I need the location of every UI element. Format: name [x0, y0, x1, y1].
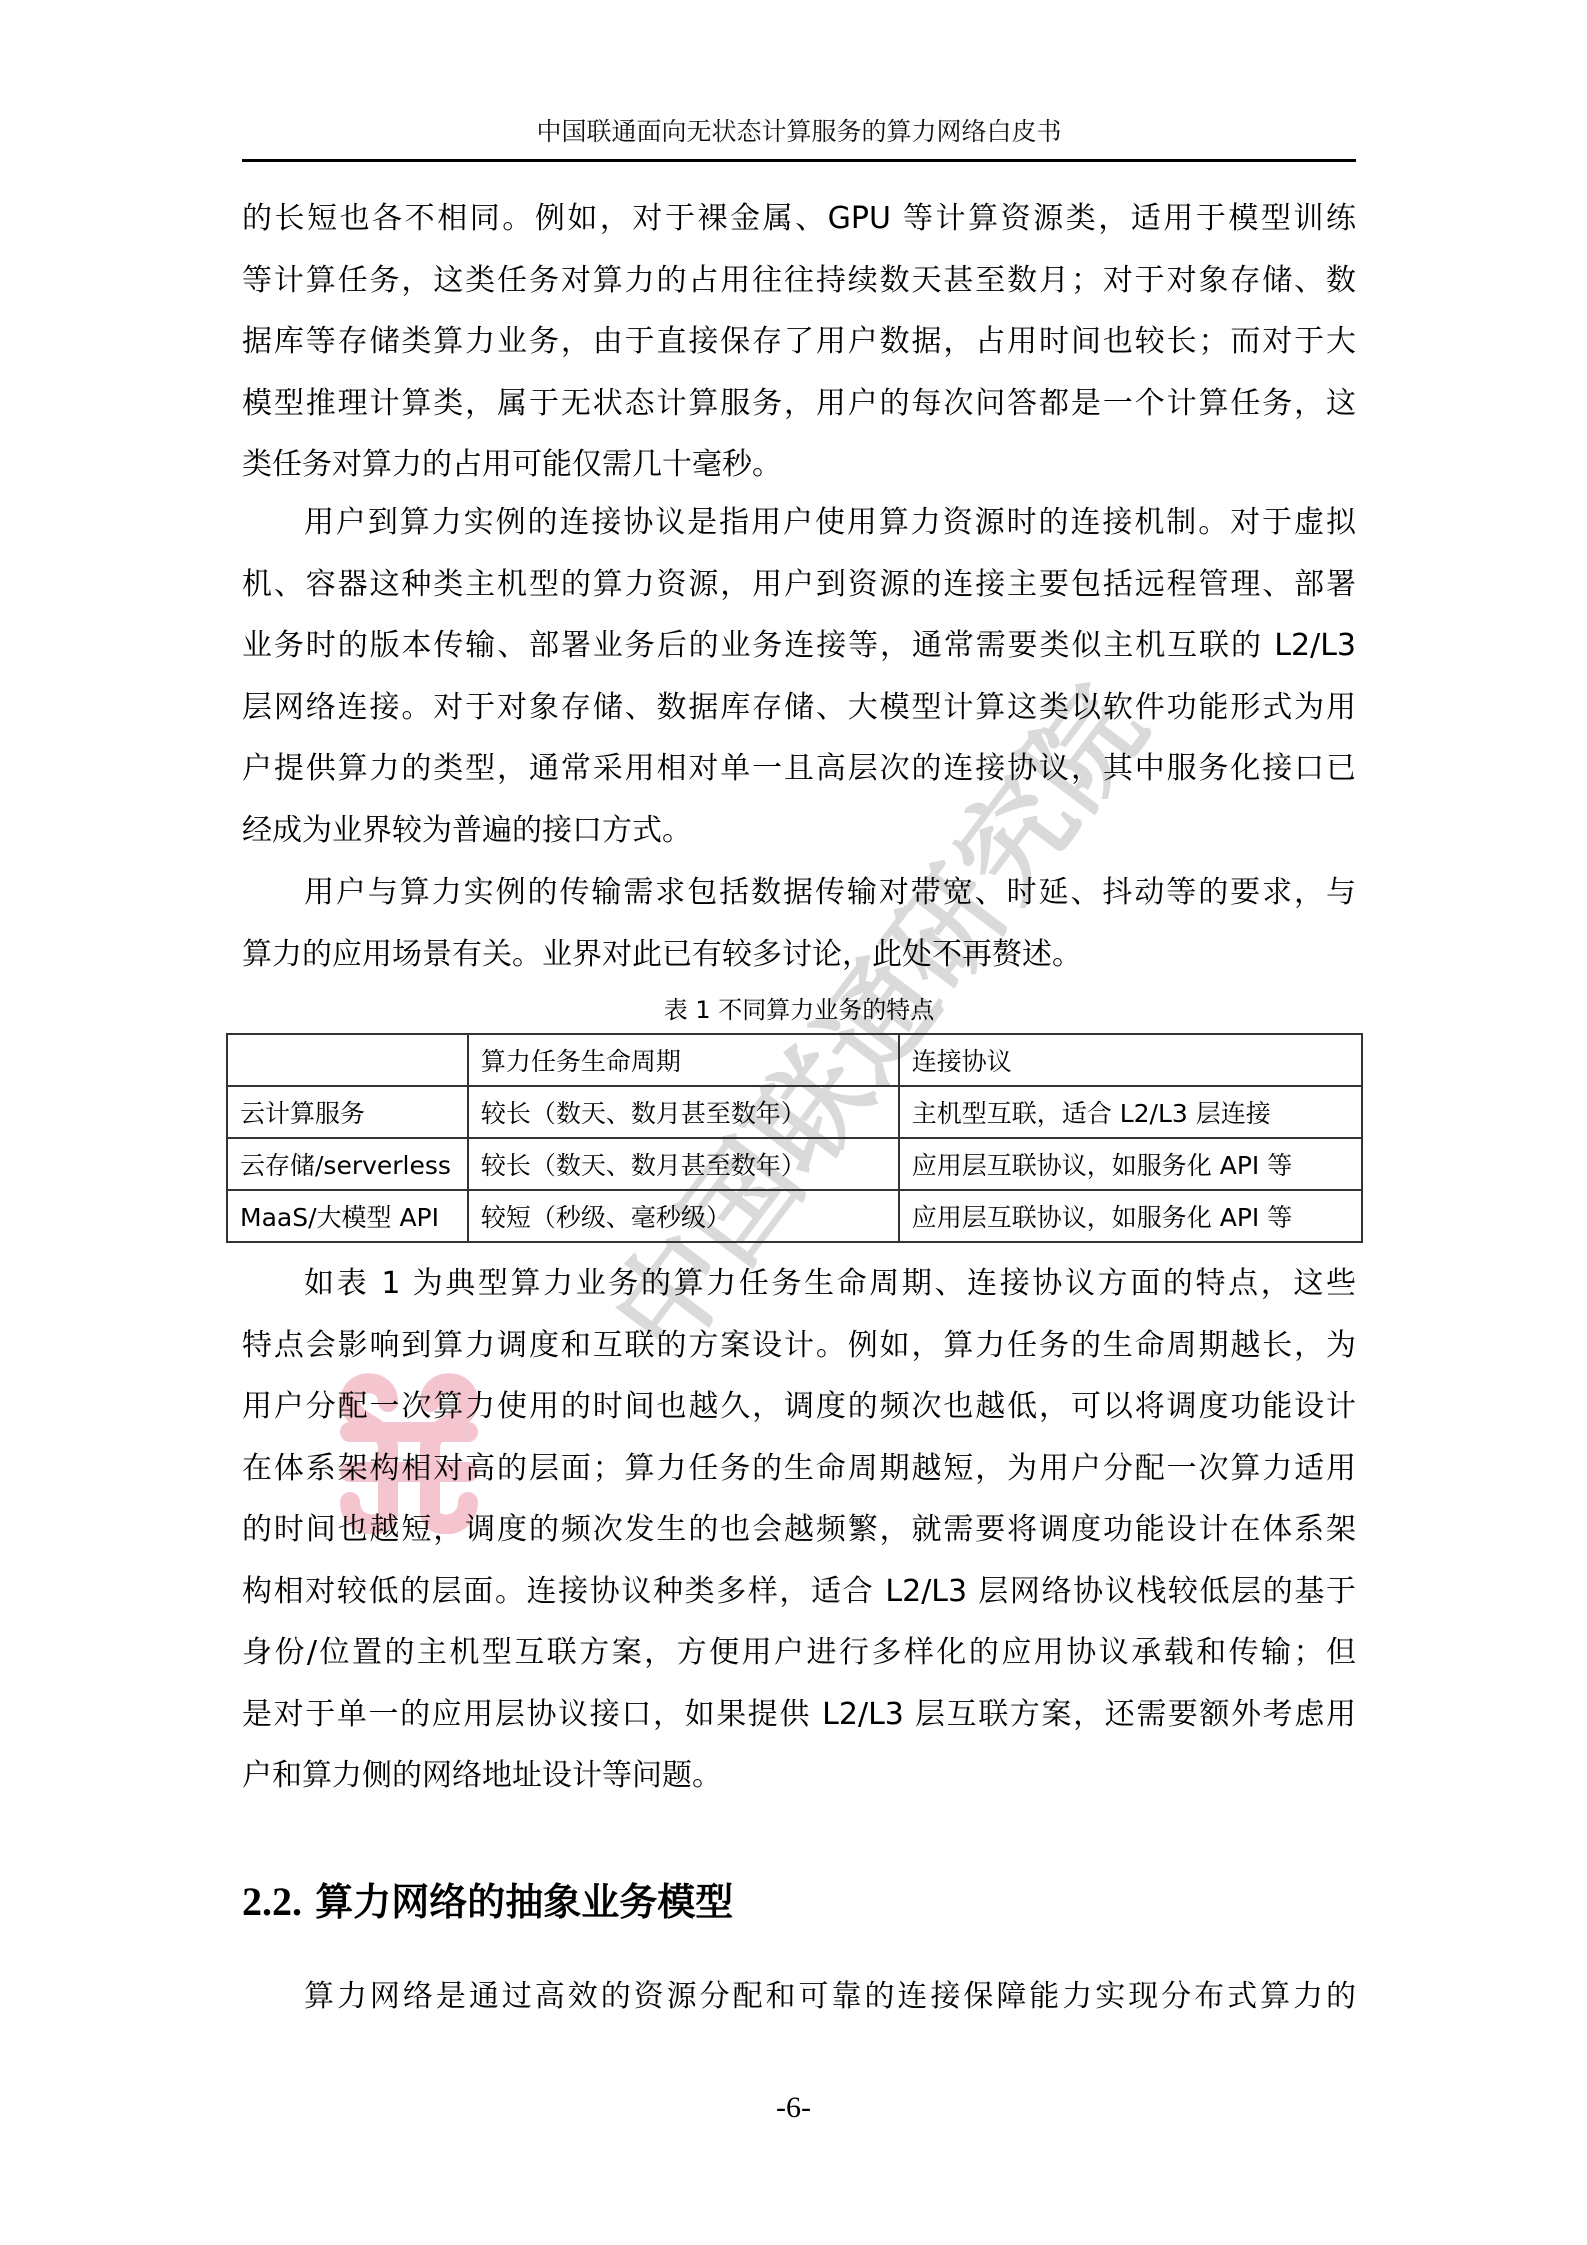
table-header-cell: 连接协议 — [899, 1034, 1362, 1086]
text-line: 户和算力侧的网络地址设计等问题。 — [242, 1745, 1356, 1807]
text-line: 如表 1 为典型算力业务的算力任务生命周期、连接协议方面的特点，这些 — [242, 1253, 1356, 1315]
paragraph-2: 用户到算力实例的连接协议是指用户使用算力资源时的连接机制。对于虚拟 机、容器这种… — [242, 492, 1356, 861]
table-cell: 较长（数天、数月甚至数年） — [468, 1086, 899, 1138]
text-line: 类任务对算力的占用可能仅需几十毫秒。 — [242, 434, 1356, 496]
section-heading: 2.2. 算力网络的抽象业务模型 — [242, 1876, 733, 1928]
text-line: 的长短也各不相同。例如，对于裸金属、GPU 等计算资源类，适用于模型训练 — [242, 188, 1356, 250]
text-line: 模型推理计算类，属于无状态计算服务，用户的每次问答都是一个计算任务，这 — [242, 373, 1356, 435]
section-title: 算力网络的抽象业务模型 — [315, 1880, 733, 1924]
page-number: -6- — [0, 2088, 1587, 2128]
text-line: 在体系架构相对高的层面；算力任务的生命周期越短，为用户分配一次算力适用 — [242, 1438, 1356, 1500]
text-line: 层网络连接。对于对象存储、数据库存储、大模型计算这类以软件功能形式为用 — [242, 677, 1356, 739]
text-line: 算力网络是通过高效的资源分配和可靠的连接保障能力实现分布式算力的 — [242, 1966, 1356, 2028]
paragraph-5: 算力网络是通过高效的资源分配和可靠的连接保障能力实现分布式算力的 — [242, 1966, 1356, 2028]
text-line: 业务时的版本传输、部署业务后的业务连接等，通常需要类似主机互联的 L2/L3 — [242, 615, 1356, 677]
text-line: 特点会影响到算力调度和互联的方案设计。例如，算力任务的生命周期越长，为 — [242, 1315, 1356, 1377]
characteristics-table: 算力任务生命周期 连接协议 云计算服务 较长（数天、数月甚至数年） 主机型互联，… — [226, 1033, 1363, 1243]
table-cell: 云存储/serverless — [227, 1138, 468, 1190]
table-cell: 应用层互联协议，如服务化 API 等 — [899, 1138, 1362, 1190]
paragraph-1: 的长短也各不相同。例如，对于裸金属、GPU 等计算资源类，适用于模型训练 等计算… — [242, 188, 1356, 496]
text-line: 用户分配一次算力使用的时间也越久，调度的频次也越低，可以将调度功能设计 — [242, 1376, 1356, 1438]
text-line: 用户与算力实例的传输需求包括数据传输对带宽、时延、抖动等的要求，与 — [242, 862, 1356, 924]
text-line: 据库等存储类算力业务，由于直接保存了用户数据，占用时间也较长；而对于大 — [242, 311, 1356, 373]
section-number: 2.2. — [242, 1879, 302, 1924]
text-line: 等计算任务，这类任务对算力的占用往往持续数天甚至数月；对于对象存储、数 — [242, 250, 1356, 312]
running-header: 中国联通面向无状态计算服务的算力网络白皮书 — [242, 114, 1356, 150]
table-cell: 较短（秒级、毫秒级） — [468, 1190, 899, 1242]
paragraph-3: 用户与算力实例的传输需求包括数据传输对带宽、时延、抖动等的要求，与 算力的应用场… — [242, 862, 1356, 985]
header-rule — [242, 159, 1356, 162]
table-cell: 云计算服务 — [227, 1086, 468, 1138]
table-row: 云存储/serverless 较长（数天、数月甚至数年） 应用层互联协议，如服务… — [227, 1138, 1362, 1190]
table-header-cell — [227, 1034, 468, 1086]
table-row: 云计算服务 较长（数天、数月甚至数年） 主机型互联，适合 L2/L3 层连接 — [227, 1086, 1362, 1138]
text-line: 经成为业界较为普遍的接口方式。 — [242, 800, 1356, 862]
table-cell: 应用层互联协议，如服务化 API 等 — [899, 1190, 1362, 1242]
table-cell: MaaS/大模型 API — [227, 1190, 468, 1242]
table-header-cell: 算力任务生命周期 — [468, 1034, 899, 1086]
table-cell: 主机型互联，适合 L2/L3 层连接 — [899, 1086, 1362, 1138]
text-line: 是对于单一的应用层协议接口，如果提供 L2/L3 层互联方案，还需要额外考虑用 — [242, 1684, 1356, 1746]
paragraph-4: 如表 1 为典型算力业务的算力任务生命周期、连接协议方面的特点，这些 特点会影响… — [242, 1253, 1356, 1807]
text-line: 算力的应用场景有关。业界对此已有较多讨论，此处不再赘述。 — [242, 924, 1356, 986]
text-line: 机、容器这种类主机型的算力资源，用户到资源的连接主要包括远程管理、部署 — [242, 554, 1356, 616]
text-line: 身份/位置的主机型互联方案，方便用户进行多样化的应用协议承载和传输；但 — [242, 1622, 1356, 1684]
text-line: 构相对较低的层面。连接协议种类多样，适合 L2/L3 层网络协议栈较低层的基于 — [242, 1561, 1356, 1623]
table-caption: 表 1 不同算力业务的特点 — [242, 992, 1356, 1028]
table-row: MaaS/大模型 API 较短（秒级、毫秒级） 应用层互联协议，如服务化 API… — [227, 1190, 1362, 1242]
document-page: 中国联通研究院 中国联通面向无状态计算服务的算力网络白皮书 的长短也各不相同。例… — [0, 0, 1587, 2245]
text-line: 的时间也越短，调度的频次发生的也会越频繁，就需要将调度功能设计在体系架 — [242, 1499, 1356, 1561]
text-line: 户提供算力的类型，通常采用相对单一且高层次的连接协议，其中服务化接口已 — [242, 738, 1356, 800]
table-cell: 较长（数天、数月甚至数年） — [468, 1138, 899, 1190]
text-line: 用户到算力实例的连接协议是指用户使用算力资源时的连接机制。对于虚拟 — [242, 492, 1356, 554]
table-header-row: 算力任务生命周期 连接协议 — [227, 1034, 1362, 1086]
